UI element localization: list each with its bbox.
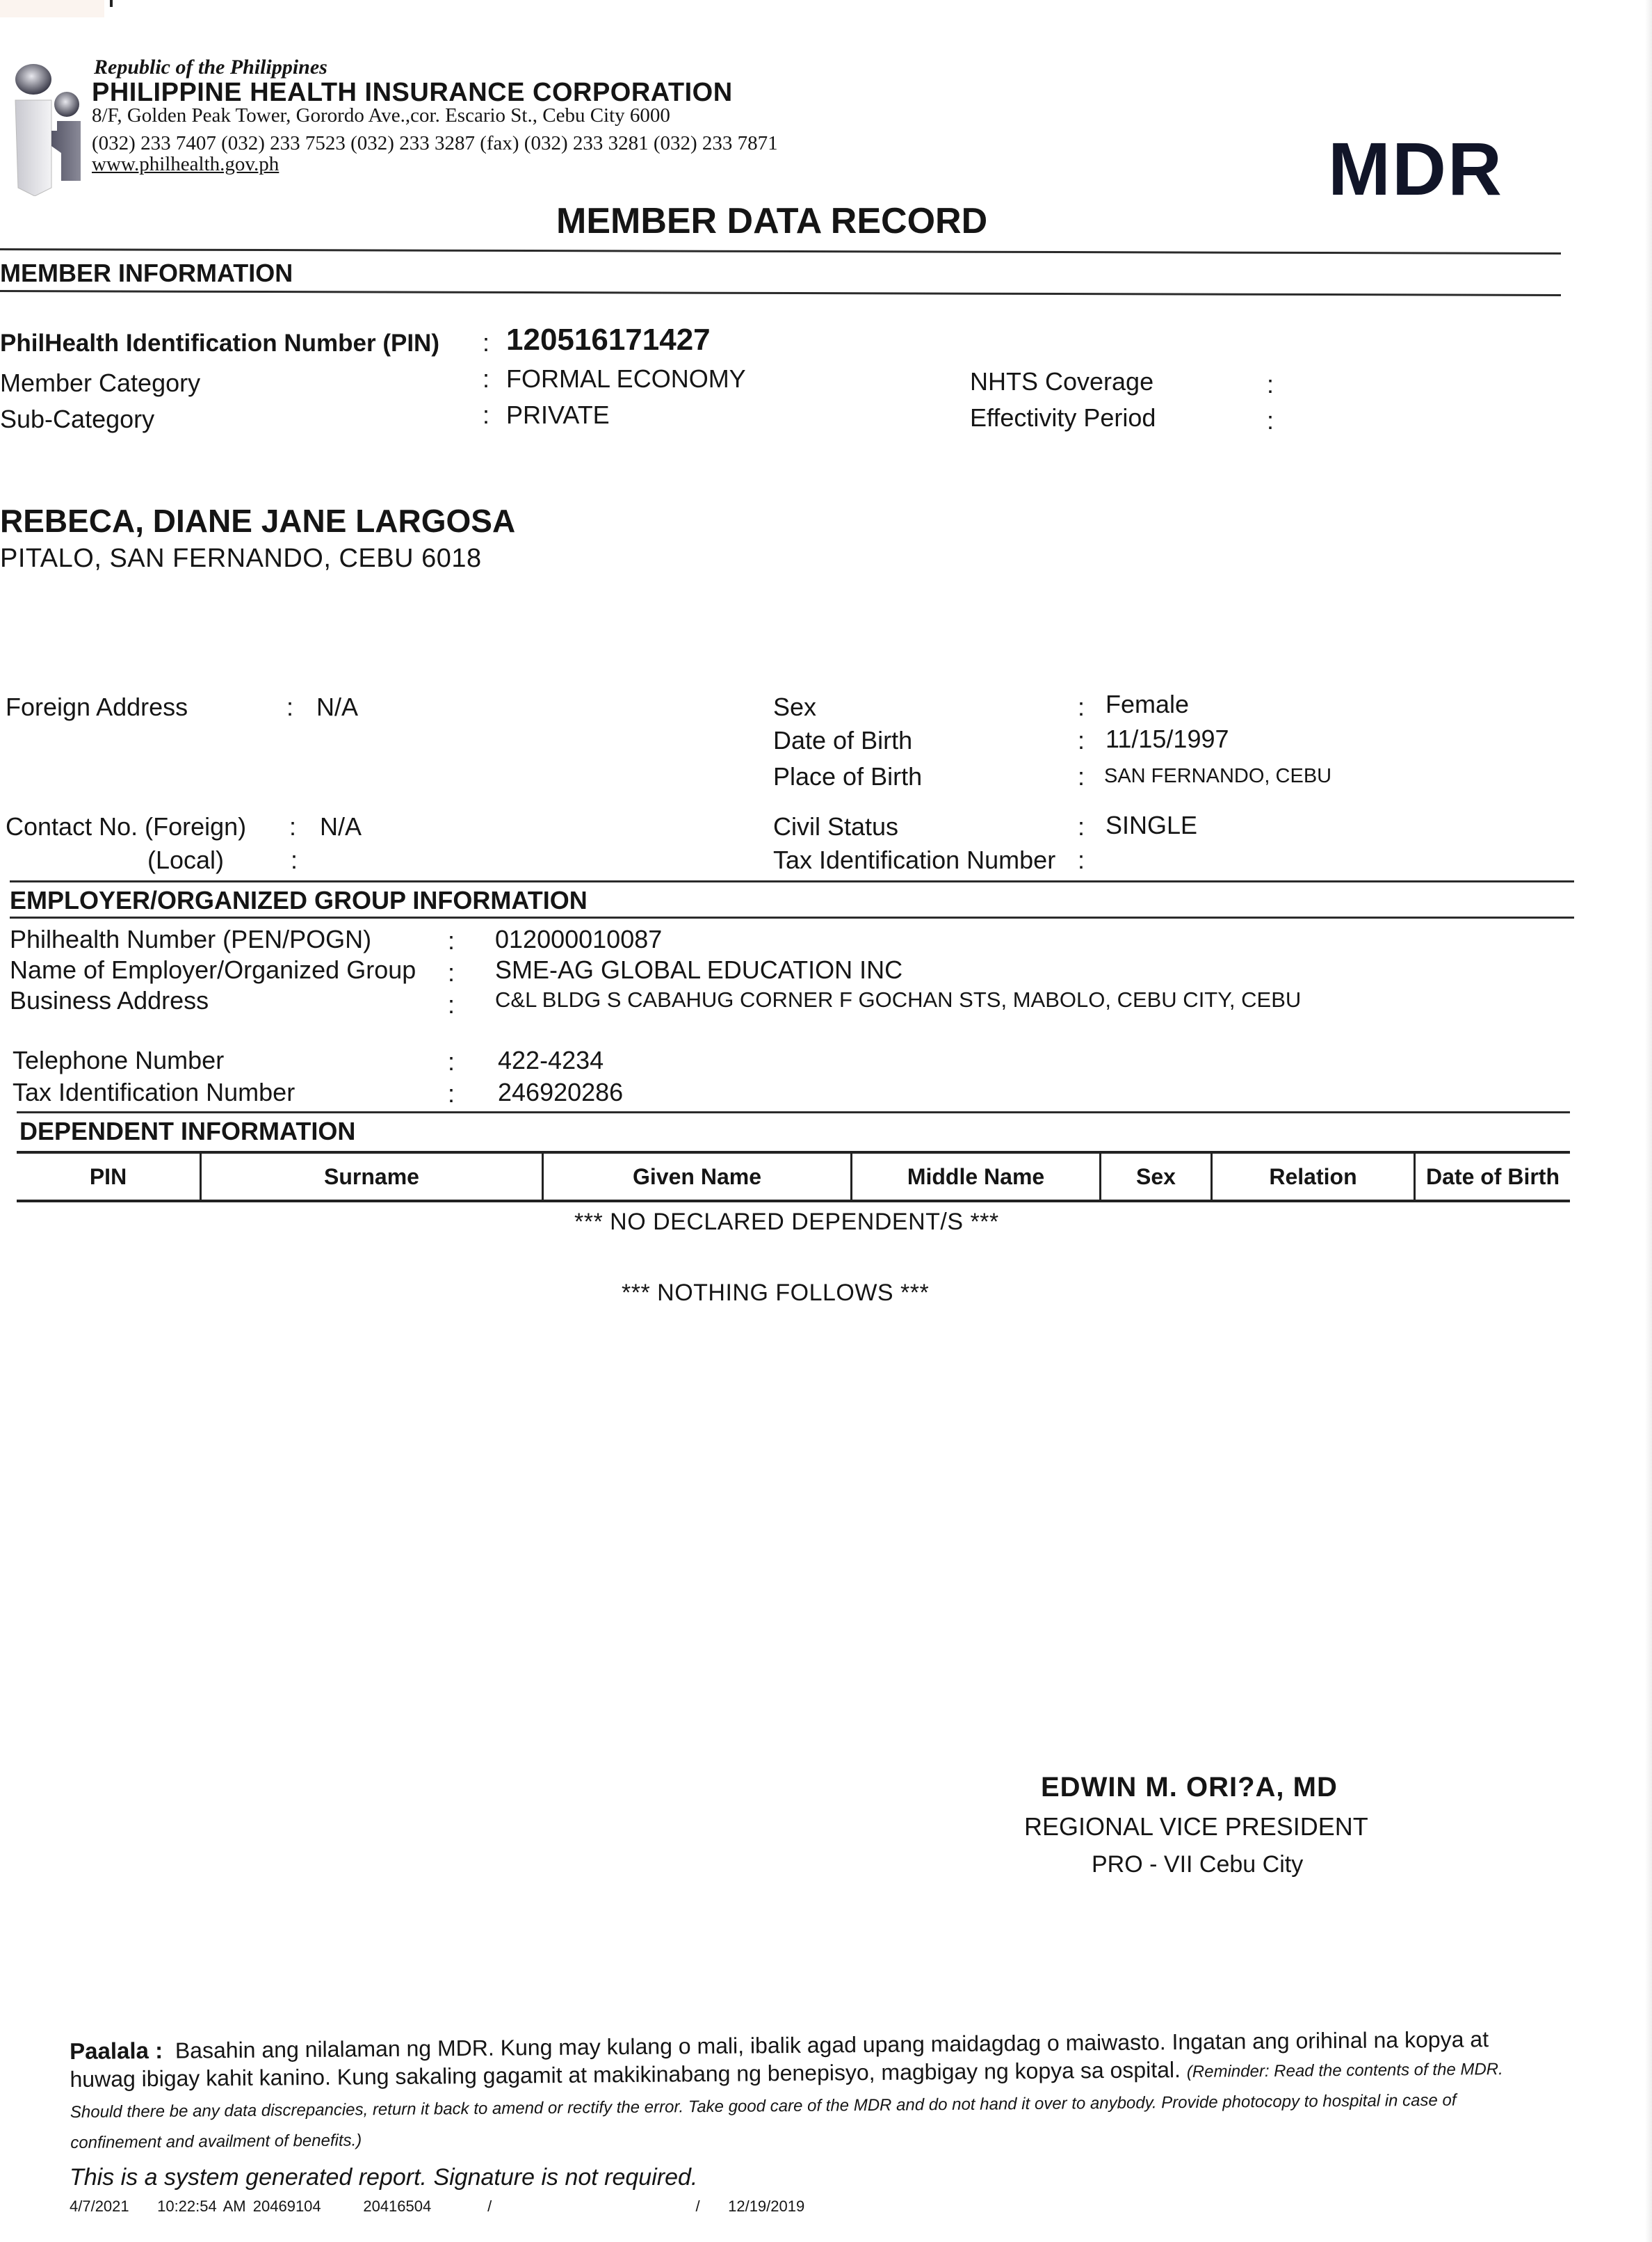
employer-tin-value: 246920286 bbox=[498, 1078, 623, 1107]
colon: : bbox=[1078, 693, 1085, 722]
colon: : bbox=[1078, 726, 1085, 755]
civil-status-label: Civil Status bbox=[773, 812, 898, 841]
pen-label: Philhealth Number (PEN/POGN) bbox=[10, 925, 371, 954]
employer-name-label: Name of Employer/Organized Group bbox=[10, 955, 416, 985]
system-generated-note: This is a system generated report. Signa… bbox=[70, 2164, 697, 2191]
dependents-table-header: PIN Surname Given Name Middle Name Sex R… bbox=[17, 1151, 1570, 1202]
column-header-pin: PIN bbox=[17, 1154, 202, 1200]
scan-artifact-mark bbox=[110, 0, 113, 7]
member-tin-label: Tax Identification Number bbox=[773, 846, 1055, 875]
effectivity-period-label: Effectivity Period bbox=[970, 403, 1156, 433]
foreign-address-label: Foreign Address bbox=[6, 693, 188, 722]
divider bbox=[10, 880, 1574, 882]
business-address-value: C&L BLDG S CABAHUG CORNER F GOCHAN STS, … bbox=[495, 987, 1301, 1013]
colon: : bbox=[1267, 406, 1274, 435]
sub-category-label: Sub-Category bbox=[0, 405, 154, 434]
date-of-birth-value: 11/15/1997 bbox=[1106, 725, 1229, 754]
contact-local-label: (Local) bbox=[147, 846, 224, 875]
colon: : bbox=[448, 926, 455, 955]
colon: : bbox=[448, 1047, 455, 1076]
signatory-title: REGIONAL VICE PRESIDENT bbox=[1024, 1812, 1368, 1841]
reminder-paragraph: Paalala : Basahin ang nilalaman ng MDR. … bbox=[70, 2025, 1530, 2157]
philhealth-logo-icon bbox=[8, 64, 85, 196]
column-header-middle-name: Middle Name bbox=[852, 1154, 1101, 1200]
section-title-member-information: MEMBER INFORMATION bbox=[0, 259, 293, 288]
reference-2: 20416504 bbox=[363, 2197, 431, 2215]
print-date: 4/7/2021 bbox=[70, 2197, 129, 2215]
pin-label: PhilHealth Identification Number (PIN) bbox=[0, 330, 439, 357]
colon: : bbox=[1267, 370, 1274, 399]
pen-value: 012000010087 bbox=[495, 925, 662, 954]
section-title-dependent-information: DEPENDENT INFORMATION bbox=[19, 1117, 355, 1146]
colon: : bbox=[483, 401, 489, 430]
header-address: 8/F, Golden Peak Tower, Gorordo Ave.,cor… bbox=[92, 104, 670, 127]
sub-category-value: PRIVATE bbox=[506, 401, 610, 430]
column-header-relation: Relation bbox=[1213, 1154, 1416, 1200]
separator: / bbox=[487, 2197, 492, 2215]
colon: : bbox=[448, 990, 455, 1019]
colon: : bbox=[1078, 846, 1085, 875]
contact-foreign-label: Contact No. (Foreign) bbox=[6, 812, 246, 841]
civil-status-value: SINGLE bbox=[1106, 811, 1197, 840]
column-header-sex: Sex bbox=[1101, 1154, 1213, 1200]
header-website-link[interactable]: www.philhealth.gov.ph bbox=[92, 153, 279, 176]
foreign-address-value: N/A bbox=[316, 693, 358, 722]
colon: : bbox=[483, 364, 489, 394]
document-title: MEMBER DATA RECORD bbox=[556, 200, 987, 242]
footer-meta: 4/7/2021 10:22:54 AM 20469104 20416504 /… bbox=[70, 2197, 804, 2216]
divider bbox=[17, 1111, 1570, 1113]
colon: : bbox=[286, 693, 293, 722]
column-header-date-of-birth: Date of Birth bbox=[1416, 1154, 1570, 1200]
telephone-value: 422-4234 bbox=[498, 1046, 604, 1075]
divider bbox=[10, 917, 1574, 919]
place-of-birth-value: SAN FERNANDO, CEBU bbox=[1104, 765, 1331, 788]
column-header-given-name: Given Name bbox=[544, 1154, 852, 1200]
colon: : bbox=[291, 846, 298, 875]
print-time: 10:22:54 AM bbox=[157, 2197, 246, 2215]
reminder-label: Paalala : bbox=[70, 2038, 163, 2064]
date-of-birth-label: Date of Birth bbox=[773, 726, 912, 755]
member-address: PITALO, SAN FERNANDO, CEBU 6018 bbox=[0, 544, 482, 574]
colon: : bbox=[1078, 812, 1085, 841]
employer-name-value: SME-AG GLOBAL EDUCATION INC bbox=[495, 955, 902, 985]
separator: / bbox=[696, 2197, 700, 2215]
sex-label: Sex bbox=[773, 693, 816, 722]
place-of-birth-label: Place of Birth bbox=[773, 762, 922, 791]
business-address-label: Business Address bbox=[10, 986, 209, 1015]
colon: : bbox=[483, 328, 489, 357]
contact-foreign-value: N/A bbox=[320, 812, 362, 841]
header-corporation-name: PHILIPPINE HEALTH INSURANCE CORPORATION bbox=[92, 78, 733, 108]
last-date: 12/19/2019 bbox=[728, 2197, 804, 2215]
nothing-follows-note: *** NOTHING FOLLOWS *** bbox=[622, 1280, 929, 1307]
scan-edge-shadow bbox=[1645, 0, 1652, 2242]
column-header-surname: Surname bbox=[202, 1154, 544, 1200]
header-phones: (032) 233 7407 (032) 233 7523 (032) 233 … bbox=[92, 132, 778, 155]
divider bbox=[0, 248, 1561, 255]
member-name: REBECA, DIANE JANE LARGOSA bbox=[0, 502, 515, 540]
sex-value: Female bbox=[1106, 690, 1189, 719]
section-title-employer-information: EMPLOYER/ORGANIZED GROUP INFORMATION bbox=[10, 886, 588, 915]
member-category-label: Member Category bbox=[0, 369, 200, 398]
signatory-office: PRO - VII Cebu City bbox=[1092, 1851, 1303, 1878]
colon: : bbox=[448, 958, 455, 987]
pin-value: 120516171427 bbox=[506, 323, 711, 357]
reference-1: 20469104 bbox=[253, 2197, 321, 2215]
telephone-label: Telephone Number bbox=[13, 1046, 224, 1075]
scan-artifact bbox=[0, 0, 104, 17]
nhts-coverage-label: NHTS Coverage bbox=[970, 367, 1153, 396]
colon: : bbox=[1078, 762, 1085, 791]
header-republic: Republic of the Philippines bbox=[94, 56, 327, 79]
colon: : bbox=[289, 812, 296, 841]
no-dependents-note: *** NO DECLARED DEPENDENT/S *** bbox=[574, 1209, 999, 1236]
member-category-value: FORMAL ECONOMY bbox=[506, 364, 746, 394]
divider bbox=[0, 290, 1561, 296]
signatory-name: EDWIN M. ORI?A, MD bbox=[1041, 1772, 1338, 1803]
employer-tin-label: Tax Identification Number bbox=[13, 1078, 295, 1107]
reminder-tagalog: Basahin ang nilalaman ng MDR. Kung may k… bbox=[70, 2026, 1489, 2092]
colon: : bbox=[448, 1079, 455, 1108]
form-code: MDR bbox=[1328, 125, 1503, 212]
